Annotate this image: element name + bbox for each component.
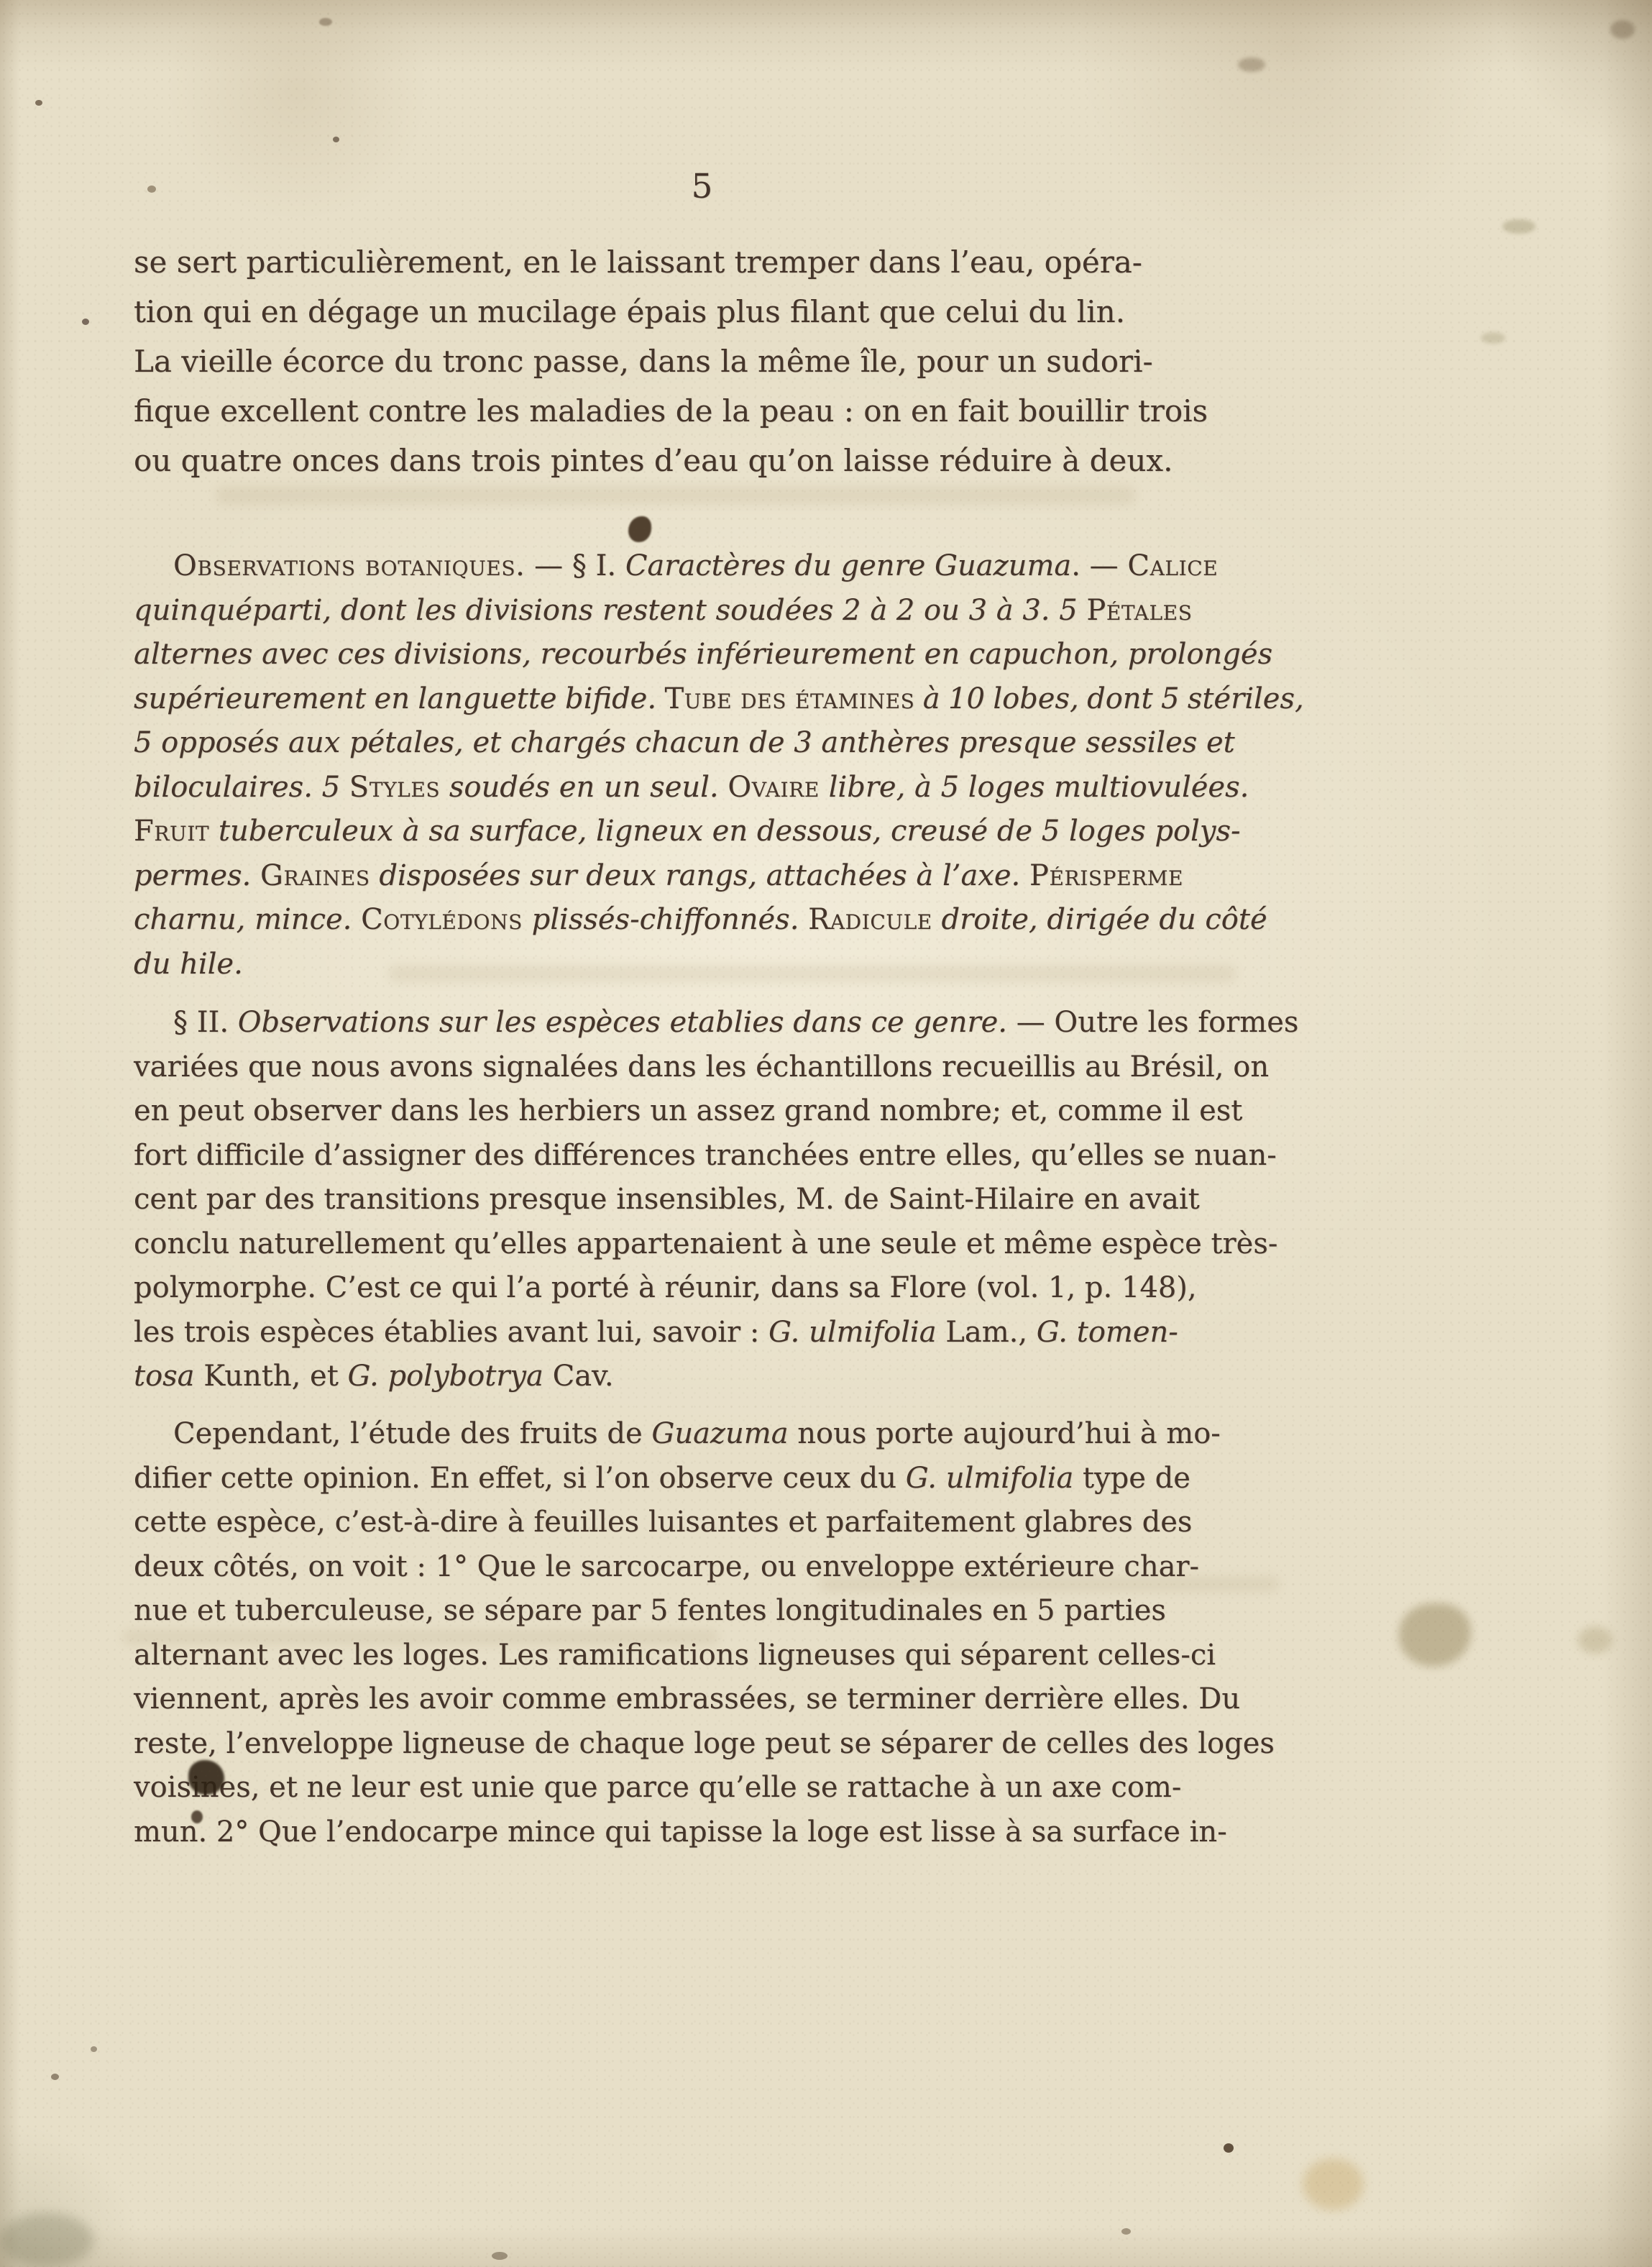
text-line: supérieurement en languette bifide. Tube…: [134, 677, 1304, 722]
paragraph-section-2: § II. Observations sur les espèces etabl…: [134, 1001, 1304, 1399]
italic-text: G. tomen-: [1037, 1316, 1178, 1349]
text-line: deux côtés, on voit : 1° Que le sarcocar…: [134, 1545, 1304, 1590]
italic-text: Observations sur les espèces etablies da…: [238, 1006, 1007, 1039]
page-number: 5: [656, 167, 749, 206]
roman-text: Cependant, l’étude des fruits de: [173, 1417, 651, 1450]
italic-text: alternes avec ces divisions, recourbés i…: [134, 638, 1272, 671]
italic-text: du hile.: [134, 948, 243, 981]
roman-text: Cav.: [543, 1360, 614, 1393]
italic-text: tosa: [134, 1360, 195, 1393]
italic-text: G. ulmifolia: [768, 1316, 937, 1349]
text-line: variées que nous avons signalées dans le…: [134, 1045, 1304, 1090]
small-caps-term: Graines: [260, 859, 370, 892]
text-line: polymorphe. C’est ce qui l’a porté à réu…: [134, 1266, 1304, 1311]
text-line: conclu naturellement qu’elles appartenai…: [134, 1222, 1304, 1267]
paper-speck: [35, 100, 42, 106]
text-line: voisines, et ne leur est unie que parce …: [134, 1766, 1304, 1810]
roman-text: — § I.: [525, 549, 625, 582]
italic-text: G. ulmifolia: [906, 1462, 1074, 1495]
roman-text: La vieille écorce du tronc passe, dans l…: [134, 344, 1153, 379]
text-line: permes. Graines disposées sur deux rangs…: [134, 854, 1304, 899]
paper-stain: [0, 2213, 93, 2267]
text-line: alternes avec ces divisions, recourbés i…: [134, 633, 1304, 677]
text-line: charnu, mince. Cotylédons plissés-chiffo…: [134, 898, 1304, 943]
small-caps-term: Calice: [1127, 549, 1218, 582]
paper-speck: [51, 2074, 59, 2080]
paper-stain: [1502, 219, 1536, 234]
text-line: ou quatre onces dans trois pintes d’eau …: [134, 436, 1304, 485]
text-line: les trois espèces établies avant lui, sa…: [134, 1311, 1304, 1355]
text-line: mun. 2° Que l’endocarpe mince qui tapiss…: [134, 1810, 1304, 1855]
roman-text: Kunth, et: [195, 1360, 348, 1393]
roman-text: Lam.,: [937, 1316, 1037, 1349]
roman-text: reste, l’enveloppe ligneuse de chaque lo…: [134, 1727, 1275, 1760]
small-caps-term: Cotylédons: [361, 903, 523, 936]
roman-text: cette espèce, c’est-à-dire à feuilles lu…: [134, 1506, 1192, 1539]
text-line: 5 opposés aux pétales, et chargés chacun…: [134, 721, 1304, 766]
paper-stain: [1238, 58, 1265, 72]
italic-text: permes.: [134, 859, 260, 892]
paragraph-observations-botaniques: Observations botaniques. — § I. Caractèr…: [134, 544, 1304, 986]
text-line: nue et tuberculeuse, se sépare par 5 fen…: [134, 1589, 1304, 1634]
roman-text: deux côtés, on voit : 1° Que le sarcocar…: [134, 1550, 1199, 1583]
roman-text: variées que nous avons signalées dans le…: [134, 1050, 1269, 1084]
roman-text: fort difficile d’assigner des différence…: [134, 1139, 1277, 1172]
roman-text: polymorphe. C’est ce qui l’a porté à réu…: [134, 1271, 1197, 1304]
roman-text: viennent, après les avoir comme embrassé…: [134, 1682, 1240, 1716]
roman-text: mun. 2° Que l’endocarpe mince qui tapiss…: [134, 1815, 1227, 1849]
text-line: en peut observer dans les herbiers un as…: [134, 1089, 1304, 1134]
show-through-text: [216, 486, 1136, 505]
italic-text: droite, dirigée du côté: [932, 903, 1267, 936]
italic-text: G. polybotrya: [348, 1360, 543, 1393]
roman-text: § II.: [173, 1006, 238, 1039]
text-line: cette espèce, c’est-à-dire à feuilles lu…: [134, 1501, 1304, 1545]
paper-speck: [492, 2252, 508, 2260]
small-caps-term: Tube des étamines: [664, 682, 914, 715]
text-line: alternant avec les loges. Les ramificati…: [134, 1634, 1304, 1678]
text-line: Fruit tuberculeux à sa surface, ligneux …: [134, 810, 1304, 854]
text-line: tion qui en dégage un mucilage épais plu…: [134, 287, 1304, 336]
paper-speck: [147, 186, 156, 193]
text-line: § II. Observations sur les espèces etabl…: [134, 1001, 1304, 1045]
small-caps-term: Fruit: [134, 815, 209, 848]
roman-text: cent par des transitions presque insensi…: [134, 1183, 1200, 1216]
roman-text: en peut observer dans les herbiers un as…: [134, 1094, 1242, 1127]
italic-text: biloculaires. 5: [134, 771, 349, 804]
text-line: La vieille écorce du tronc passe, dans l…: [134, 336, 1304, 386]
italic-text: quinquéparti, dont les divisions restent…: [134, 594, 1086, 627]
roman-text: type de: [1073, 1462, 1190, 1495]
paper-speck: [82, 319, 89, 325]
roman-text: tion qui en dégage un mucilage épais plu…: [134, 294, 1125, 329]
text-line: biloculaires. 5 Styles soudés en un seul…: [134, 766, 1304, 810]
italic-text: plissés-chiffonnés.: [523, 903, 808, 936]
text-line: quinquéparti, dont les divisions restent…: [134, 589, 1304, 633]
text-line: cent par des transitions presque insensi…: [134, 1178, 1304, 1222]
paper-speck: [1224, 2143, 1234, 2153]
paper-speck: [333, 137, 339, 142]
roman-text: . —: [1071, 549, 1127, 582]
small-caps-term: Radicule: [808, 903, 932, 936]
roman-text: voisines, et ne leur est unie que parce …: [134, 1771, 1181, 1804]
italic-text: Guazuma: [651, 1417, 788, 1450]
paper-speck: [1121, 2228, 1131, 2235]
roman-text: conclu naturellement qu’elles appartenai…: [134, 1227, 1277, 1260]
small-caps-term: Observations botaniques.: [173, 549, 525, 582]
text-line: du hile.: [134, 943, 1304, 987]
text-line: Observations botaniques. — § I. Caractèr…: [134, 544, 1304, 589]
small-caps-term: Périsperme: [1029, 859, 1183, 892]
text-line: difier cette opinion. En effet, si l’on …: [134, 1457, 1304, 1501]
text-line: fique excellent contre les maladies de l…: [134, 386, 1304, 436]
paper-stain: [1481, 332, 1505, 344]
paragraph-continuation-usage: se sert particulièrement, en le laissant…: [134, 237, 1304, 485]
italic-text: libre, à 5 loges multiovulées.: [820, 771, 1249, 804]
roman-text: se sert particulièrement, en le laissant…: [134, 244, 1142, 280]
paper-stain: [1578, 1626, 1612, 1654]
italic-text: Caractères du genre Guazuma: [625, 549, 1071, 582]
roman-text: difier cette opinion. En effet, si l’on …: [134, 1462, 906, 1495]
small-caps-term: Pétales: [1086, 594, 1192, 627]
italic-text: soudés en un seul.: [440, 771, 728, 804]
text-line: reste, l’enveloppe ligneuse de chaque lo…: [134, 1722, 1304, 1767]
roman-text: les trois espèces établies avant lui, sa…: [134, 1316, 768, 1349]
roman-text: — Outre les formes: [1007, 1006, 1298, 1039]
italic-text: 5 opposés aux pétales, et chargés chacun…: [134, 726, 1235, 759]
text-line: se sert particulièrement, en le laissant…: [134, 237, 1304, 287]
paper-speck: [91, 2046, 97, 2052]
ink-blot: [628, 516, 651, 542]
italic-text: à 10 lobes, dont 5 stériles,: [914, 682, 1303, 715]
roman-text: alternant avec les loges. Les ramificati…: [134, 1639, 1216, 1672]
paper-speck: [319, 18, 332, 26]
paper-stain: [1399, 1603, 1471, 1667]
paper-stain: [1610, 20, 1635, 39]
italic-text: supérieurement en languette bifide.: [134, 682, 664, 715]
italic-text: tuberculeux à sa surface, ligneux en des…: [209, 815, 1240, 848]
italic-text: disposées sur deux rangs, attachées à l’…: [370, 859, 1029, 892]
small-caps-term: Styles: [349, 771, 440, 804]
paragraph-fruit-discussion: Cependant, l’étude des fruits de Guazuma…: [134, 1412, 1304, 1854]
text-line: viennent, après les avoir comme embrassé…: [134, 1677, 1304, 1722]
paper-stain: [1303, 2158, 1364, 2210]
text-line: fort difficile d’assigner des différence…: [134, 1134, 1304, 1178]
roman-text: fique excellent contre les maladies de l…: [134, 393, 1208, 429]
text-line: tosa Kunth, et G. polybotrya Cav.: [134, 1355, 1304, 1399]
text-line: Cependant, l’étude des fruits de Guazuma…: [134, 1412, 1304, 1457]
italic-text: charnu, mince.: [134, 903, 361, 936]
roman-text: ou quatre onces dans trois pintes d’eau …: [134, 443, 1173, 478]
roman-text: nous porte aujourd’hui à mo-: [789, 1417, 1221, 1450]
roman-text: nue et tuberculeuse, se sépare par 5 fen…: [134, 1594, 1166, 1627]
small-caps-term: Ovaire: [728, 771, 820, 804]
scanned-page: 5 se sert particulièrement, en le laissa…: [0, 0, 1652, 2267]
